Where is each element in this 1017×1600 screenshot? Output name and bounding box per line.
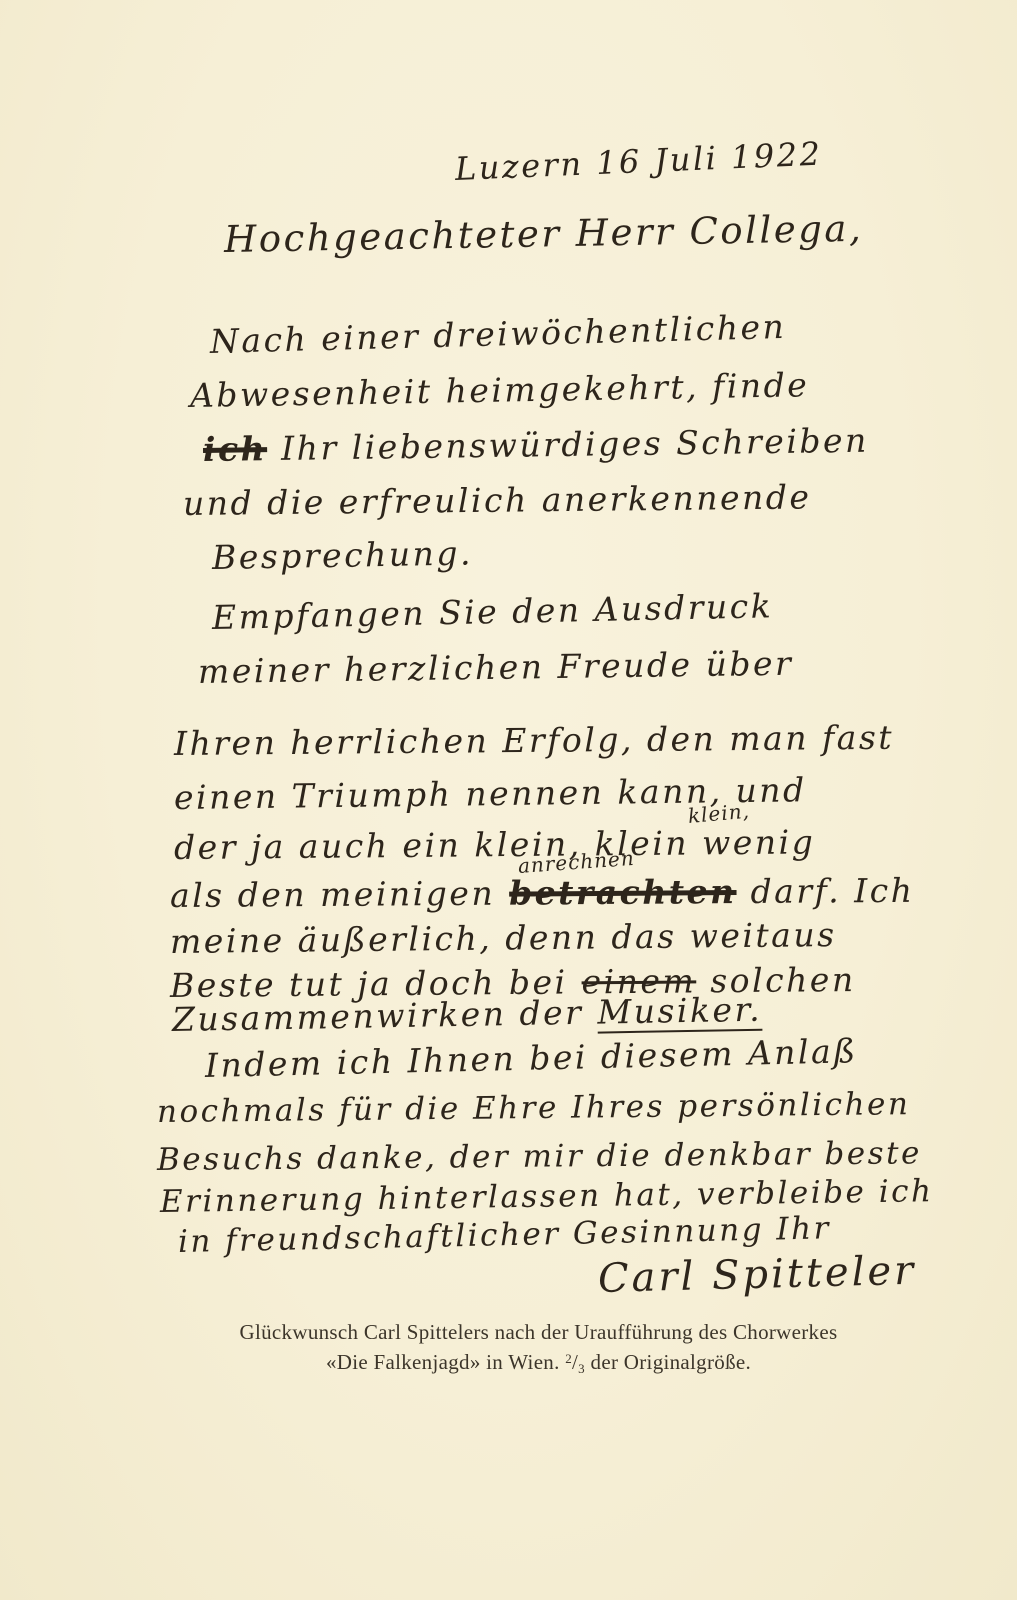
- caption-line-2: «Die Falkenjagd» in Wien. 2/3 der Origin…: [30, 1350, 1017, 1377]
- letter-line: und die erfreulich anerkennende: [183, 477, 812, 523]
- letter-line: nochmals für die Ehre Ihres persönlichen: [157, 1086, 911, 1130]
- letter-line: ichIhr liebenswürdiges Schreiben: [203, 421, 869, 469]
- date-line: Luzern 16 Juli 1922: [454, 135, 823, 188]
- strikethrough-word: ich: [203, 429, 268, 469]
- fraction-denominator: 3: [578, 1361, 585, 1376]
- letter-line: Ihren herrlichen Erfolg, den man fast: [174, 718, 894, 763]
- signature: Carl Spitteler: [597, 1248, 916, 1302]
- letter-line: der ja auch ein klein, klein wenig: [174, 822, 816, 867]
- strikethrough-word: betrachten: [509, 872, 737, 913]
- letter-line: Nach einer dreiwöchentlichen: [209, 307, 786, 361]
- letter-line-text: darf. Ich: [750, 871, 914, 911]
- letter-line: Besprechung.: [212, 533, 474, 577]
- caption-line-2-text: der Originalgröße.: [585, 1350, 751, 1374]
- letter-line: meine äußerlich, denn das weitaus: [170, 915, 837, 961]
- letter-line: als den meinigenbetrachtendarf. Ich: [170, 871, 915, 915]
- letter-line: Abwesenheit heimgekehrt, finde: [190, 365, 810, 415]
- fraction-numerator: 2: [565, 1351, 572, 1366]
- letter-line: Besuchs danke, der mir die denkbar beste: [157, 1135, 922, 1178]
- letter-line-text: als den meinigen: [170, 874, 495, 915]
- salutation-line: Hochgeachteter Herr Collega,: [224, 207, 864, 261]
- caption-line-2-text: «Die Falkenjagd» in Wien.: [326, 1350, 565, 1374]
- caption-line-1: Glückwunsch Carl Spittelers nach der Ura…: [30, 1320, 1017, 1345]
- letter-line-text: Ihr liebenswürdiges Schreiben: [281, 421, 869, 468]
- letter-line: Empfangen Sie den Ausdruck: [212, 586, 774, 637]
- letter-line: Indem ich Ihnen bei diesem Anlaß: [205, 1031, 859, 1085]
- letter-line-text: Zusammenwirken der: [172, 993, 584, 1039]
- underlined-word: Musiker.: [597, 990, 762, 1032]
- letter-line: meiner herzlichen Freude über: [198, 644, 794, 691]
- book-page: Luzern 16 Juli 1922 Hochgeachteter Herr …: [0, 0, 1017, 1600]
